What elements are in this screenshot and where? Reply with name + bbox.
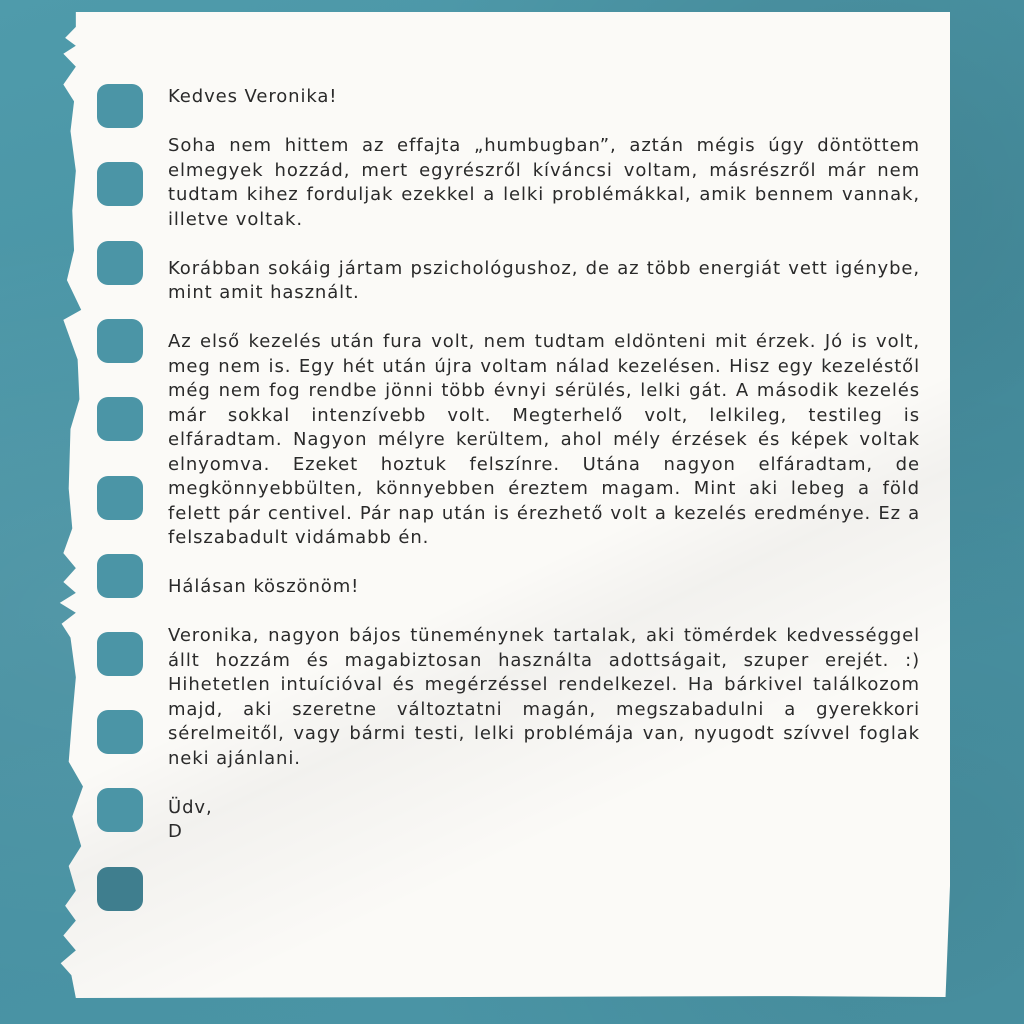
- letter-paragraph: Az első kezelés után fura volt, nem tudt…: [168, 330, 920, 551]
- letter-body: Kedves Veronika! Soha nem hittem az effa…: [168, 85, 920, 869]
- binder-hole: [97, 241, 143, 285]
- binder-hole: [97, 632, 143, 676]
- binder-hole: [97, 710, 143, 754]
- binder-hole: [97, 867, 143, 911]
- binder-hole: [97, 162, 143, 206]
- letter-signoff: Üdv, D: [168, 796, 920, 845]
- binder-hole: [97, 788, 143, 832]
- binder-hole: [97, 84, 143, 128]
- binder-hole: [97, 476, 143, 520]
- binder-hole: [97, 397, 143, 441]
- letter-paragraph: Soha nem hittem az effajta „humbugban”, …: [168, 134, 920, 232]
- letter-paragraph: Veronika, nagyon bájos tüneménynek tarta…: [168, 624, 920, 771]
- letter-signature: D: [168, 820, 920, 845]
- binder-hole: [97, 319, 143, 363]
- letter-closing: Üdv,: [168, 796, 920, 821]
- binder-hole: [97, 554, 143, 598]
- letter-thanks: Hálásan köszönöm!: [168, 575, 920, 600]
- letter-paragraph: Korábban sokáig jártam pszichológushoz, …: [168, 257, 920, 306]
- letter-greeting: Kedves Veronika!: [168, 85, 920, 110]
